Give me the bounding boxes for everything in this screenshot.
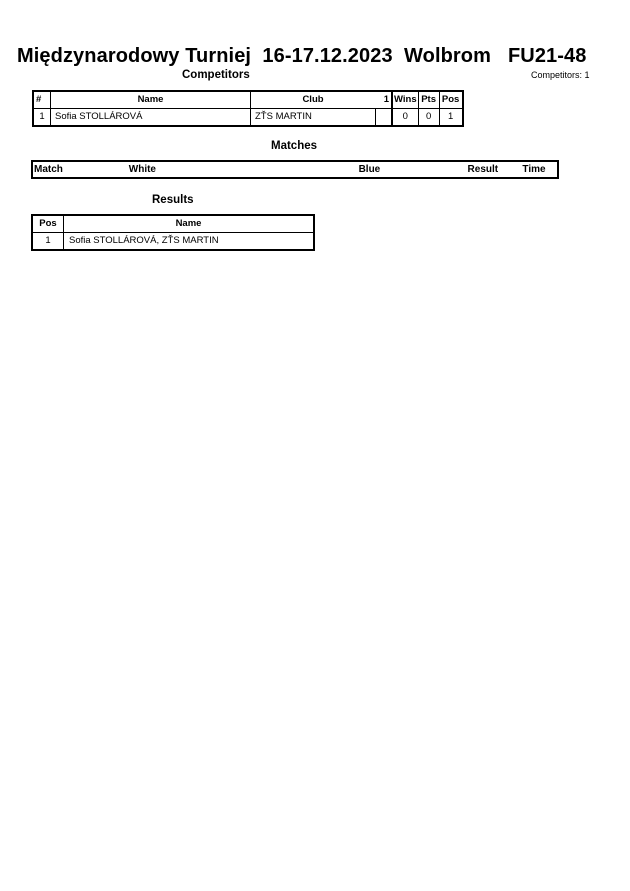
col-club: Club	[251, 91, 376, 109]
cell-number: 1	[33, 109, 51, 127]
col-time: Time	[511, 161, 558, 178]
col-result: Result	[455, 161, 511, 178]
matches-heading: Matches	[271, 140, 317, 152]
table-row: 1 Sofia STOLLÁROVÁ, ZŤS MARTIN	[32, 233, 314, 251]
col-name: Name	[51, 91, 251, 109]
col-match-1: 1	[375, 91, 392, 109]
cell-name: Sofia STOLLÁROVÁ	[51, 109, 251, 127]
cell-wins: 0	[392, 109, 418, 127]
col-wins: Wins	[392, 91, 418, 109]
table-row: 1 Sofia STOLLÁROVÁ ZŤS MARTIN 0 0 1	[33, 109, 463, 127]
page-title: Międzynarodowy Turniej 16-17.12.2023 Wol…	[17, 45, 586, 68]
cell-name: Sofia STOLLÁROVÁ, ZŤS MARTIN	[64, 233, 315, 251]
col-pos: Pos	[32, 215, 64, 233]
matches-header-row: Match White Blue Result Time	[32, 161, 558, 178]
col-match: Match	[32, 161, 99, 178]
competitors-header-row: # Name Club 1 Wins Pts Pos	[33, 91, 463, 109]
competitors-heading: Competitors	[182, 69, 250, 81]
col-blue: Blue	[357, 161, 455, 178]
col-pos: Pos	[439, 91, 463, 109]
col-name: Name	[64, 215, 315, 233]
cell-pos: 1	[32, 233, 64, 251]
competitors-table: # Name Club 1 Wins Pts Pos 1 Sofia STOLL…	[32, 90, 464, 127]
matches-table: Match White Blue Result Time	[31, 160, 559, 179]
cell-match-1	[375, 109, 392, 127]
cell-club: ZŤS MARTIN	[251, 109, 376, 127]
col-number: #	[33, 91, 51, 109]
cell-pts: 0	[418, 109, 439, 127]
col-white: White	[99, 161, 357, 178]
results-heading: Results	[152, 194, 194, 206]
competitors-count: Competitors: 1	[531, 70, 590, 80]
results-table: Pos Name 1 Sofia STOLLÁROVÁ, ZŤS MARTIN	[31, 214, 315, 251]
col-pts: Pts	[418, 91, 439, 109]
results-header-row: Pos Name	[32, 215, 314, 233]
cell-pos: 1	[439, 109, 463, 127]
